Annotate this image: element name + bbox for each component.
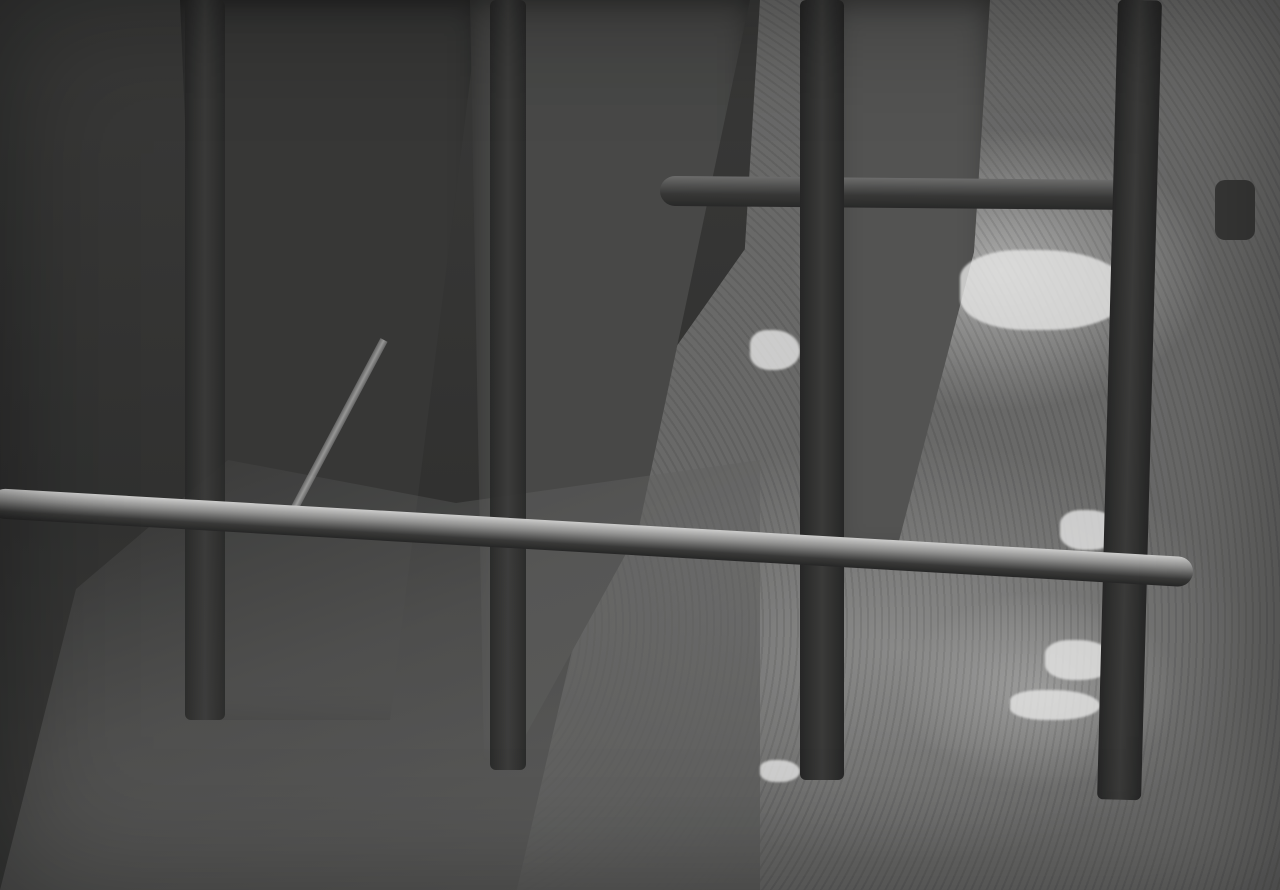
puddle <box>760 760 800 782</box>
puddle <box>960 250 1130 330</box>
photograph <box>0 0 1280 890</box>
vertical-rebar <box>800 0 844 780</box>
bar-clamp <box>1215 180 1255 240</box>
puddle <box>1010 690 1100 720</box>
horizontal-rebar-upper <box>660 176 1150 210</box>
puddle <box>750 330 800 370</box>
vertical-rebar <box>490 0 526 770</box>
vertical-rebar <box>185 0 225 720</box>
